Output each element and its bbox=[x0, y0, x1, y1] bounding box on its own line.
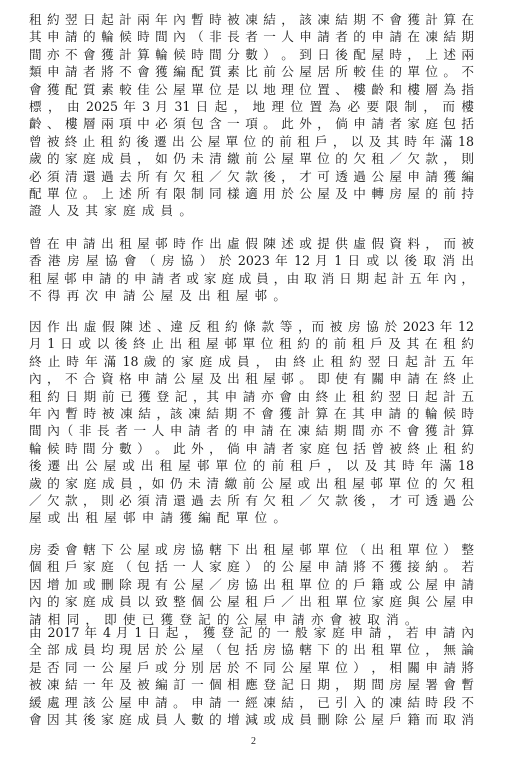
text-line: 證人及其家庭成員。 bbox=[29, 202, 474, 219]
text-line: 內 ， 不 合 資 格 申 請 公 屋 及 出 租 屋 邨 。 即 使 有 關 … bbox=[29, 370, 474, 387]
text-line: 房 委 會 轄 下 公 屋 或 房 協 轄 下 出 租 屋 邨 單 位 （ 出 … bbox=[29, 541, 474, 558]
text-line: 類 申 請 者 將 不 會 獲 編 配 質 素 比 前 公 屋 居 所 較 佳 … bbox=[29, 63, 474, 80]
text-line: 因 增 加 或 刪 除 現 有 公 屋 ／ 房 協 出 租 單 位 的 戶 籍 … bbox=[29, 576, 474, 593]
text-line: 不得再次申請公屋及出租屋邨。 bbox=[29, 287, 474, 304]
text-line: 標 ， 由 2025 年 3 月 31 日 起 ， 地 理 位 置 為 必 要 … bbox=[29, 98, 474, 115]
text-line: 由 2017 年 4 月 1 日 起 ， 獲 登 記 的 一 般 家 庭 申 請… bbox=[29, 624, 474, 641]
text-line: 被 凍 結 一 年 及 被 編 訂 一 個 相 應 登 記 日 期 ， 期 間 … bbox=[29, 676, 474, 693]
text-line: 香 港 房 屋 協 會 （ 房 協 ） 於 2023 年 12 月 1 日 或 … bbox=[29, 252, 474, 269]
text-line: 曾 在 申 請 出 租 屋 邨 時 作 出 虛 假 陳 述 或 提 供 虛 假 … bbox=[29, 235, 474, 252]
text-line: 後 遷 出 公 屋 或 出 租 屋 邨 單 位 的 前 租 戶 ， 以 及 其 … bbox=[29, 457, 474, 474]
paragraph-false-statement-hkhs: 曾 在 申 請 出 租 屋 邨 時 作 出 虛 假 陳 述 或 提 供 虛 假 … bbox=[29, 235, 474, 305]
text-line: 間 亦 不 會 獲 計 算 輪 候 時 間 分 數 ） 。 到 日 後 配 屋 … bbox=[29, 46, 474, 63]
text-line: 租 屋 邨 申 請 的 申 請 者 或 家 庭 成 員 ，由 取 消 日 期 起… bbox=[29, 270, 474, 287]
text-line: 因 作 出 虛 假 陳 述 、違 反 租 約 條 款 等 ，而 被 房 協 於 … bbox=[29, 318, 474, 335]
text-line: 全 部 成 員 均 現 居 於 公 屋 （ 包 括 房 協 轄 下 的 出 租 … bbox=[29, 641, 474, 658]
text-line: 終 止 時 年 滿 18 歲 的 家 庭 成 員 ， 由 終 止 租 約 翌 日… bbox=[29, 353, 474, 370]
text-line: 會 因 其 後 家 庭 成 員 人 數 的 增 減 或 成 員 刪 除 公 屋 … bbox=[29, 711, 474, 728]
text-line: 年 內 暫 時 被 凍 結 ，該 凍 結 期 不 會 獲 計 算 在 其 申 請… bbox=[29, 405, 474, 422]
text-line: 齡 、 樓 層 兩 項 中 必 須 包 含 一 項 。 此 外 ， 倘 申 請 … bbox=[29, 115, 474, 132]
paragraph-2017-freeze: 由 2017 年 4 月 1 日 起 ， 獲 登 記 的 一 般 家 庭 申 請… bbox=[29, 624, 474, 728]
text-line: 緩 處 理 該 公 屋 申 請 。 申 請 一 經 凍 結 ， 已 引 入 的 … bbox=[29, 694, 474, 711]
text-line: 個 租 戶 家 庭 （ 包 括 一 人 家 庭 ） 的 公 屋 申 請 將 不 … bbox=[29, 558, 474, 575]
text-line: ／ 欠 款 ， 則 必 須 清 還 過 去 所 有 欠 租 ／ 欠 款 後 ， … bbox=[29, 492, 474, 509]
paragraph-tenant-household: 房 委 會 轄 下 公 屋 或 房 協 轄 下 出 租 屋 邨 單 位 （ 出 … bbox=[29, 541, 474, 628]
text-line: 歲 的 家 庭 成 員 ， 如 仍 未 清 繳 前 公 屋 單 位 的 欠 租 … bbox=[29, 150, 474, 167]
page-number: 2 bbox=[0, 736, 507, 747]
text-line: 間 內（ 非 長 者 一 人 申 請 者 的 申 請 在 凍 結 期 間 亦 不… bbox=[29, 422, 474, 439]
text-line: 歲 的 家 庭 成 員 ，如 仍 未 清 繳 前 公 屋 或 出 租 屋 邨 單… bbox=[29, 475, 474, 492]
text-line: 是 否 同 一 公 屋 戶 或 分 別 居 於 不 同 公 屋 單 位 ） ， … bbox=[29, 659, 474, 676]
text-line: 租 約 翌 日 起 計 兩 年 內 暫 時 被 凍 結 ， 該 凍 結 期 不 … bbox=[29, 11, 474, 28]
document-page: 租 約 翌 日 起 計 兩 年 內 暫 時 被 凍 結 ， 該 凍 結 期 不 … bbox=[0, 0, 507, 761]
text-line: 其 申 請 的 輪 候 時 間 內 （ 非 長 者 一 人 申 請 者 的 申 … bbox=[29, 28, 474, 45]
text-line: 內 的 家 庭 成 員 以 致 整 個 公 屋 租 戶 ／ 出 租 單 位 家 … bbox=[29, 593, 474, 610]
text-line: 會 獲 配 質 素 較 佳 公 屋 單 位 是 以 地 理 位 置 、 樓 齡 … bbox=[29, 81, 474, 98]
paragraph-freeze-restrictions: 租 約 翌 日 起 計 兩 年 內 暫 時 被 凍 結 ， 該 凍 結 期 不 … bbox=[29, 11, 474, 220]
text-line: 配 單 位 。 上 述 所 有 限 制 同 樣 適 用 於 公 屋 及 中 轉 … bbox=[29, 185, 474, 202]
text-line: 屋或出租屋邨申請獲編配單位。 bbox=[29, 509, 474, 526]
text-line: 月 1 日 或 以 後 終 止 出 租 屋 邨 單 位 租 約 的 前 租 戶 … bbox=[29, 335, 474, 352]
text-line: 曾 被 終 止 租 約 後 遷 出 公 屋 單 位 的 前 租 戶 ， 以 及 … bbox=[29, 133, 474, 150]
text-line: 租 約 日 期 前 已 獲 登 記 ，其 申 請 亦 會 由 終 止 租 約 翌… bbox=[29, 388, 474, 405]
text-line: 輪 候 時 間 分 數 ） 。 此 外 ， 倘 申 請 者 家 庭 包 括 曾 … bbox=[29, 440, 474, 457]
paragraph-tenancy-termination: 因 作 出 虛 假 陳 述 、違 反 租 約 條 款 等 ，而 被 房 協 於 … bbox=[29, 318, 474, 527]
text-line: 必 須 清 還 過 去 所 有 欠 租 ／ 欠 款 後 ， 才 可 透 過 公 … bbox=[29, 168, 474, 185]
